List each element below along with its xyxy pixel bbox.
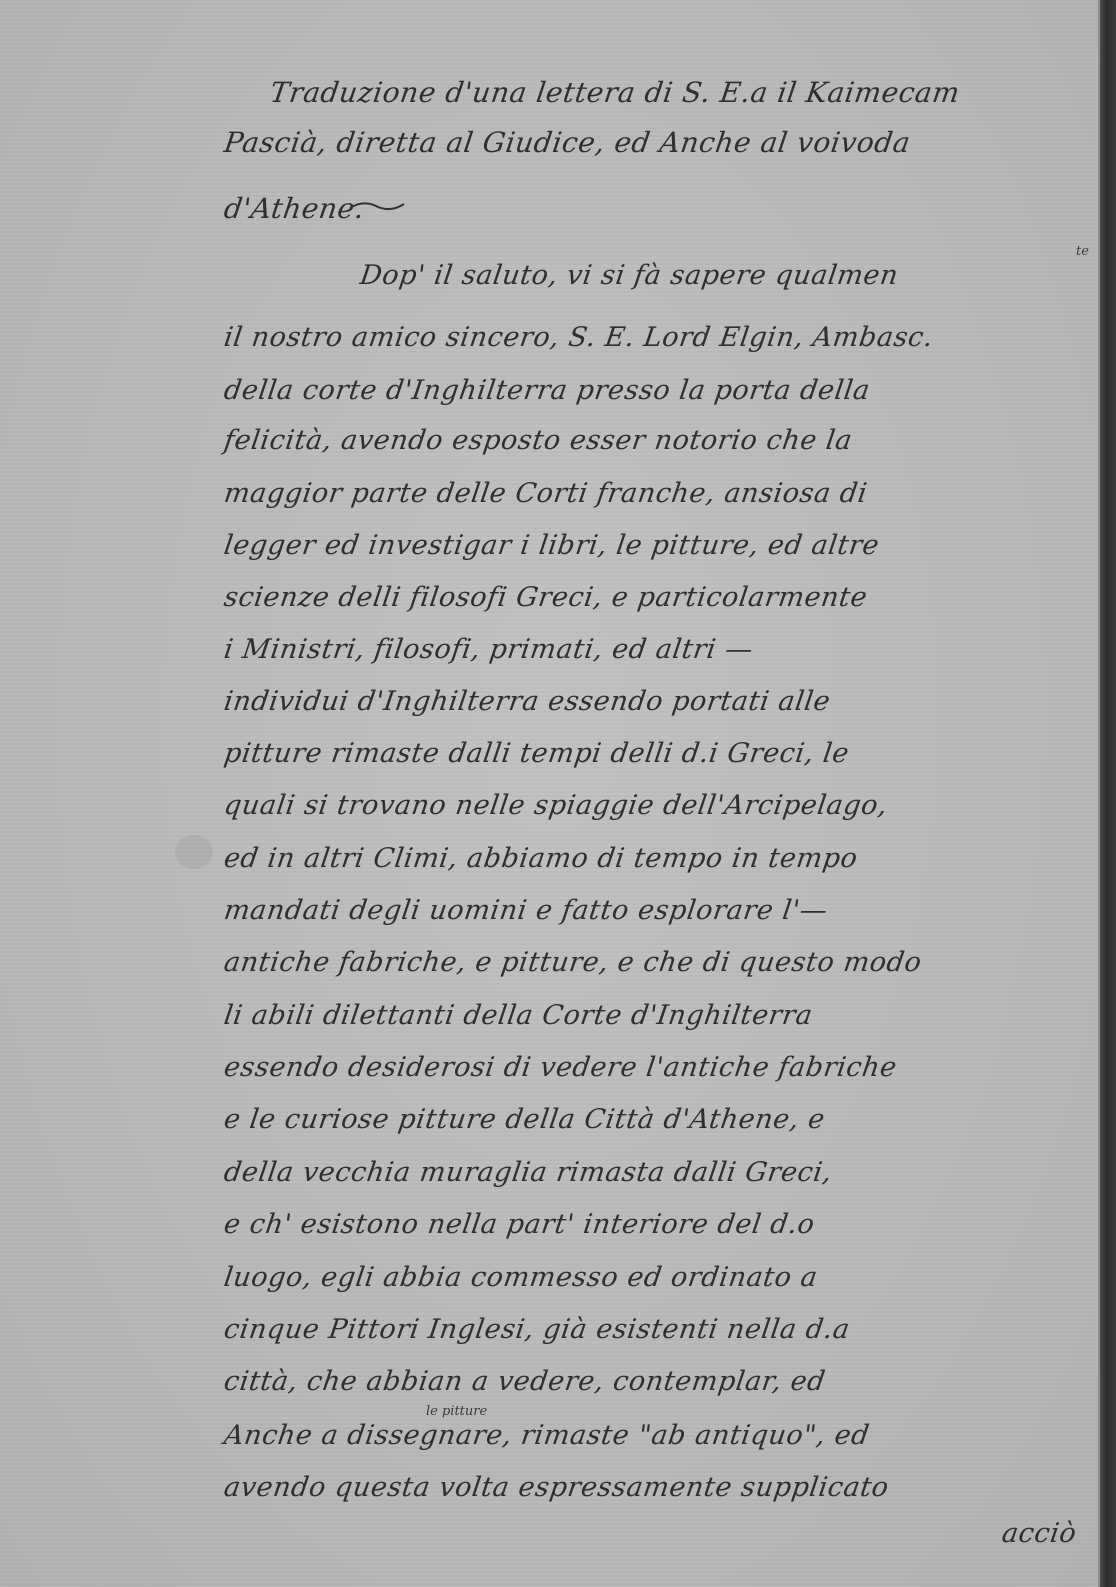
body-line-14: antiche fabriche, e pitture, e che di qu…	[222, 947, 924, 978]
heading-line-2: Pascià, diretta al Giudice, ed Anche al …	[222, 126, 913, 159]
body-line-23: Anche a dissegnare, rimaste "ab antiquo"…	[222, 1420, 871, 1451]
body-line-9: individui d'Inghilterra essendo portati …	[222, 686, 832, 717]
body-line-6: legger ed investigar i libri, le pitture…	[222, 530, 881, 561]
body-line-3: della corte d'Inghilterra presso la port…	[222, 375, 872, 406]
interlinear-insertion: le pitture	[426, 1404, 487, 1419]
body-line-8: i Ministri, filosofi, primati, ed altri …	[222, 634, 755, 665]
heading-line-3: d'Athene.	[222, 192, 367, 225]
letter-text: Traduzione d'una lettera di S. E.a il Ka…	[0, 0, 1100, 1587]
body-line-17: e le curiose pitture della Città d'Athen…	[222, 1104, 827, 1135]
body-line-1: Dop' il saluto, vi si fà sapere qualmen	[358, 260, 900, 291]
body-line-22: città, che abbian a vedere, contemplar, …	[222, 1366, 828, 1397]
binding-shadow	[1100, 0, 1116, 1587]
body-line-12: ed in altri Climi, abbiamo di tempo in t…	[222, 843, 860, 874]
body-line-15: li abili dilettanti della Corte d'Inghil…	[222, 1000, 815, 1031]
body-line-24: avendo questa volta espressamente suppli…	[222, 1472, 891, 1503]
body-line-20: luogo, egli abbia commesso ed ordinato a	[222, 1262, 820, 1293]
body-line-4: felicità, avendo esposto esser notorio c…	[222, 425, 854, 456]
superscript-te: te	[1076, 244, 1089, 259]
body-line-18: della vecchia muraglia rimasta dalli Gre…	[222, 1157, 834, 1188]
body-line-10: pitture rimaste dalli tempi delli d.i Gr…	[222, 738, 851, 769]
catchword: acciò	[1000, 1518, 1079, 1549]
heading-underline-flourish	[348, 196, 408, 216]
body-line-21: cinque Pittori Inglesi, già esistenti ne…	[222, 1314, 852, 1345]
body-line-19: e ch' esistono nella part' interiore del…	[222, 1209, 817, 1240]
body-line-16: essendo desiderosi di vedere l'antiche f…	[222, 1052, 899, 1083]
body-line-5: maggior parte delle Corti franche, ansio…	[222, 478, 869, 509]
body-line-13: mandati degli uomini e fatto esplorare l…	[222, 895, 830, 926]
body-line-2: il nostro amico sincero, S. E. Lord Elgi…	[222, 322, 935, 353]
body-line-7: scienze delli filosofi Greci, e particol…	[222, 582, 869, 613]
body-line-11: quali si trovano nelle spiaggie dell'Arc…	[222, 790, 890, 821]
heading-line-1: Traduzione d'una lettera di S. E.a il Ka…	[268, 76, 962, 109]
